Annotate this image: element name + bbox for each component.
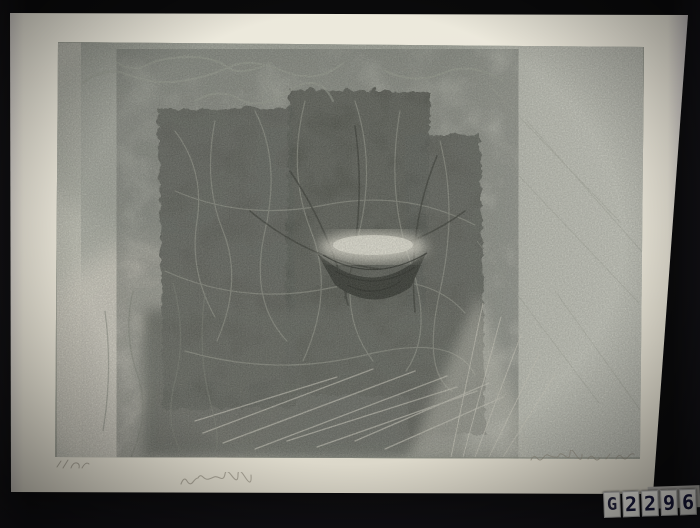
title-inscription <box>178 472 262 490</box>
label-char-tile: 9 <box>660 489 678 516</box>
grain-light-overlay <box>55 41 645 459</box>
label-char-tile: 6 <box>679 489 697 516</box>
etching-plate-impression <box>55 41 645 459</box>
label-char-tile: 2 <box>641 490 659 517</box>
edition-mark-handwriting <box>54 457 92 471</box>
etching-image <box>55 41 645 459</box>
artwork-photograph: G 2 2 9 6 <box>0 0 700 528</box>
label-char-tile: 2 <box>622 491 640 518</box>
inventory-label: G 2 2 9 6 <box>603 489 697 518</box>
edition-inscription <box>54 457 92 471</box>
signature-handwriting <box>528 450 640 466</box>
signature-inscription <box>528 450 640 466</box>
title-handwriting <box>178 472 262 490</box>
label-char-tile: G <box>603 491 621 518</box>
print-paper-sheet <box>10 13 688 494</box>
